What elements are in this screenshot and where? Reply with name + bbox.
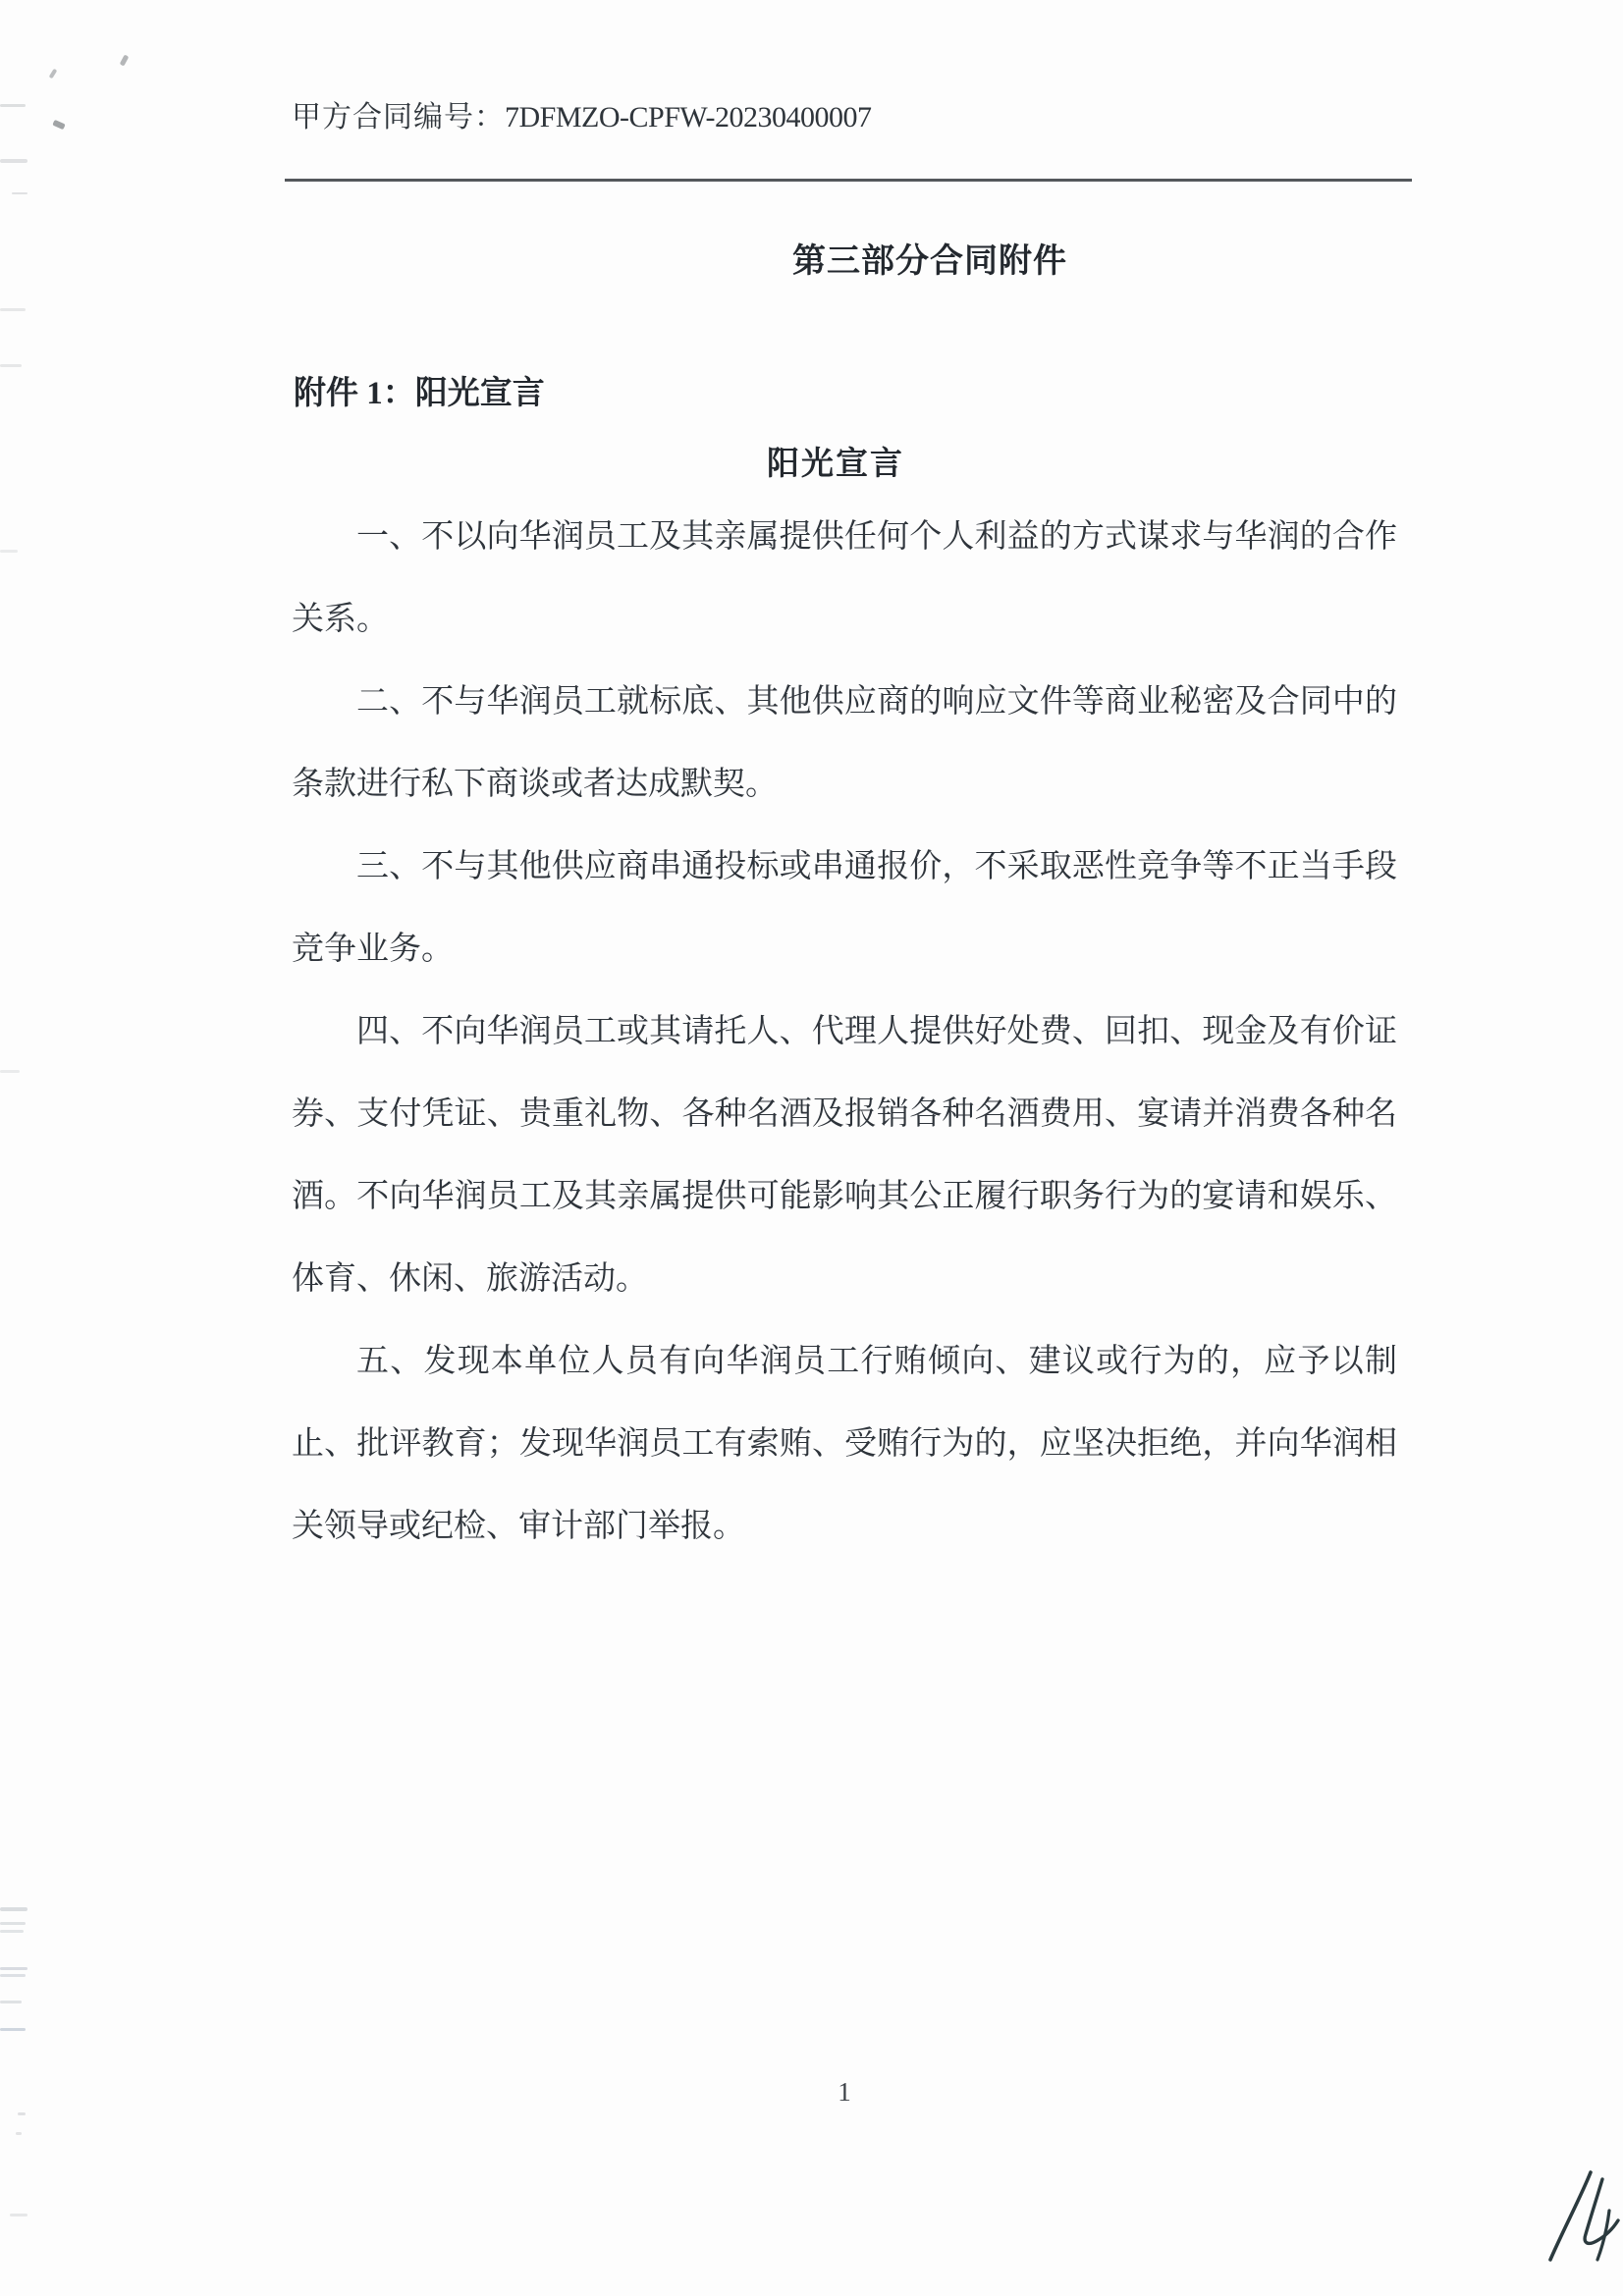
paragraph-2: 二、不与华润员工就标底、其他供应商的响应文件等商业秘密及合同中的条款进行私下商谈… bbox=[292, 661, 1397, 826]
scan-artifact bbox=[10, 2214, 27, 2216]
contract-number-value: 7DFMZO-CPFW-20230400007 bbox=[505, 101, 872, 133]
contract-number-label: 甲方合同编号： bbox=[292, 101, 505, 133]
paragraph-1: 一、不以向华润员工及其亲属提供任何个人利益的方式谋求与华润的合作关系。 bbox=[292, 496, 1397, 661]
document-page: 甲方合同编号：7DFMZO-CPFW-20230400007 第三部分合同附件 … bbox=[0, 0, 1623, 2296]
header-rule bbox=[285, 179, 1412, 182]
scan-artifact bbox=[0, 1922, 26, 1925]
header-contract-number: 甲方合同编号：7DFMZO-CPFW-20230400007 bbox=[292, 92, 872, 135]
scan-artifact bbox=[0, 2001, 22, 2003]
scan-artifact bbox=[12, 192, 27, 194]
scan-artifact bbox=[0, 104, 26, 107]
scan-artifact bbox=[120, 54, 130, 66]
scan-artifact bbox=[0, 1070, 20, 1073]
scan-artifact bbox=[52, 120, 65, 130]
paragraph-4: 四、不向华润员工或其请托人、代理人提供好处费、回扣、现金及有价证券、支付凭证、贵… bbox=[292, 990, 1397, 1320]
scan-artifact bbox=[18, 2112, 26, 2115]
scan-artifact bbox=[0, 2028, 26, 2031]
scan-artifact bbox=[0, 1930, 24, 1933]
declaration-body: 一、不以向华润员工及其亲属提供任何个人利益的方式谋求与华润的合作关系。 二、不与… bbox=[292, 496, 1397, 1568]
paragraph-3: 三、不与其他供应商串通投标或串通报价，不采取恶性竞争等不正当手段竞争业务。 bbox=[292, 826, 1397, 990]
declaration-title: 阳光宣言 bbox=[767, 438, 904, 484]
scan-artifact bbox=[0, 1974, 26, 1977]
section-title: 第三部分合同附件 bbox=[792, 234, 1067, 282]
scan-artifact bbox=[0, 159, 27, 163]
scan-artifact bbox=[0, 550, 18, 553]
scan-artifact bbox=[16, 2132, 22, 2135]
attachment-heading: 附件 1：阳光宣言 bbox=[294, 367, 545, 413]
scan-artifact bbox=[0, 364, 22, 367]
page-number: 1 bbox=[292, 2077, 1397, 2108]
scan-artifact bbox=[0, 1967, 27, 1970]
paragraph-5: 五、发现本单位人员有向华润员工行贿倾向、建议或行为的，应予以制止、批评教育；发现… bbox=[292, 1320, 1397, 1568]
scan-artifact bbox=[49, 69, 58, 80]
handwritten-mark bbox=[1524, 2148, 1623, 2275]
scan-artifact bbox=[0, 1907, 27, 1911]
scan-artifact bbox=[0, 308, 26, 311]
